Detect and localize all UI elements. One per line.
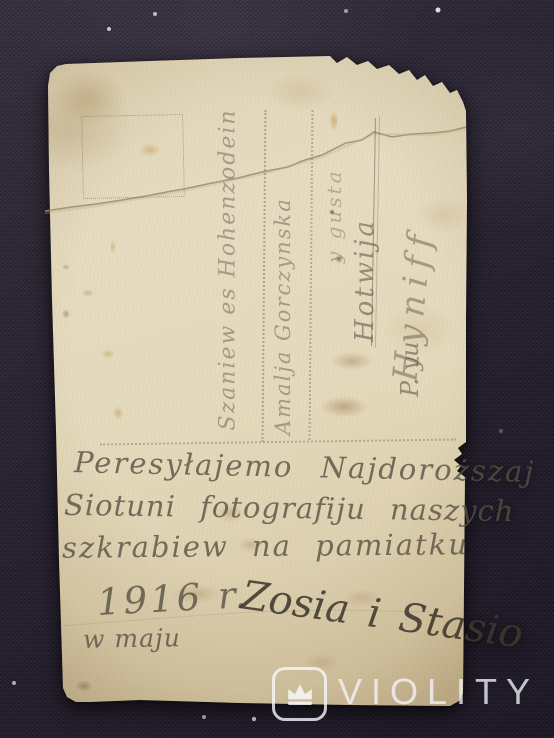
address-line: Szaniew es Hohenzodein — [216, 91, 241, 431]
postcard: Szaniew es Hohenzodein Amalja Gorczynska… — [0, 0, 554, 738]
message-date-note: w maju — [83, 623, 181, 654]
message-line-3: szkrabiew na pamiatku — [62, 527, 469, 565]
address-line: Amalja Gorczynska — [271, 105, 295, 435]
address-line: P. yu — [396, 307, 424, 397]
address-line: y gusta — [322, 63, 346, 263]
address-line: Hotwija — [350, 132, 380, 342]
crown-badge — [272, 667, 327, 721]
message-line-2: Siotuni fotografiju naszych — [64, 488, 515, 528]
crown-icon — [286, 681, 314, 707]
stamp-box — [81, 114, 185, 199]
message-date: 1916 r. — [96, 573, 250, 624]
watermark-text: VIOLITY — [338, 671, 539, 713]
photo-scene: Szaniew es Hohenzodein Amalja Gorczynska… — [0, 0, 554, 738]
